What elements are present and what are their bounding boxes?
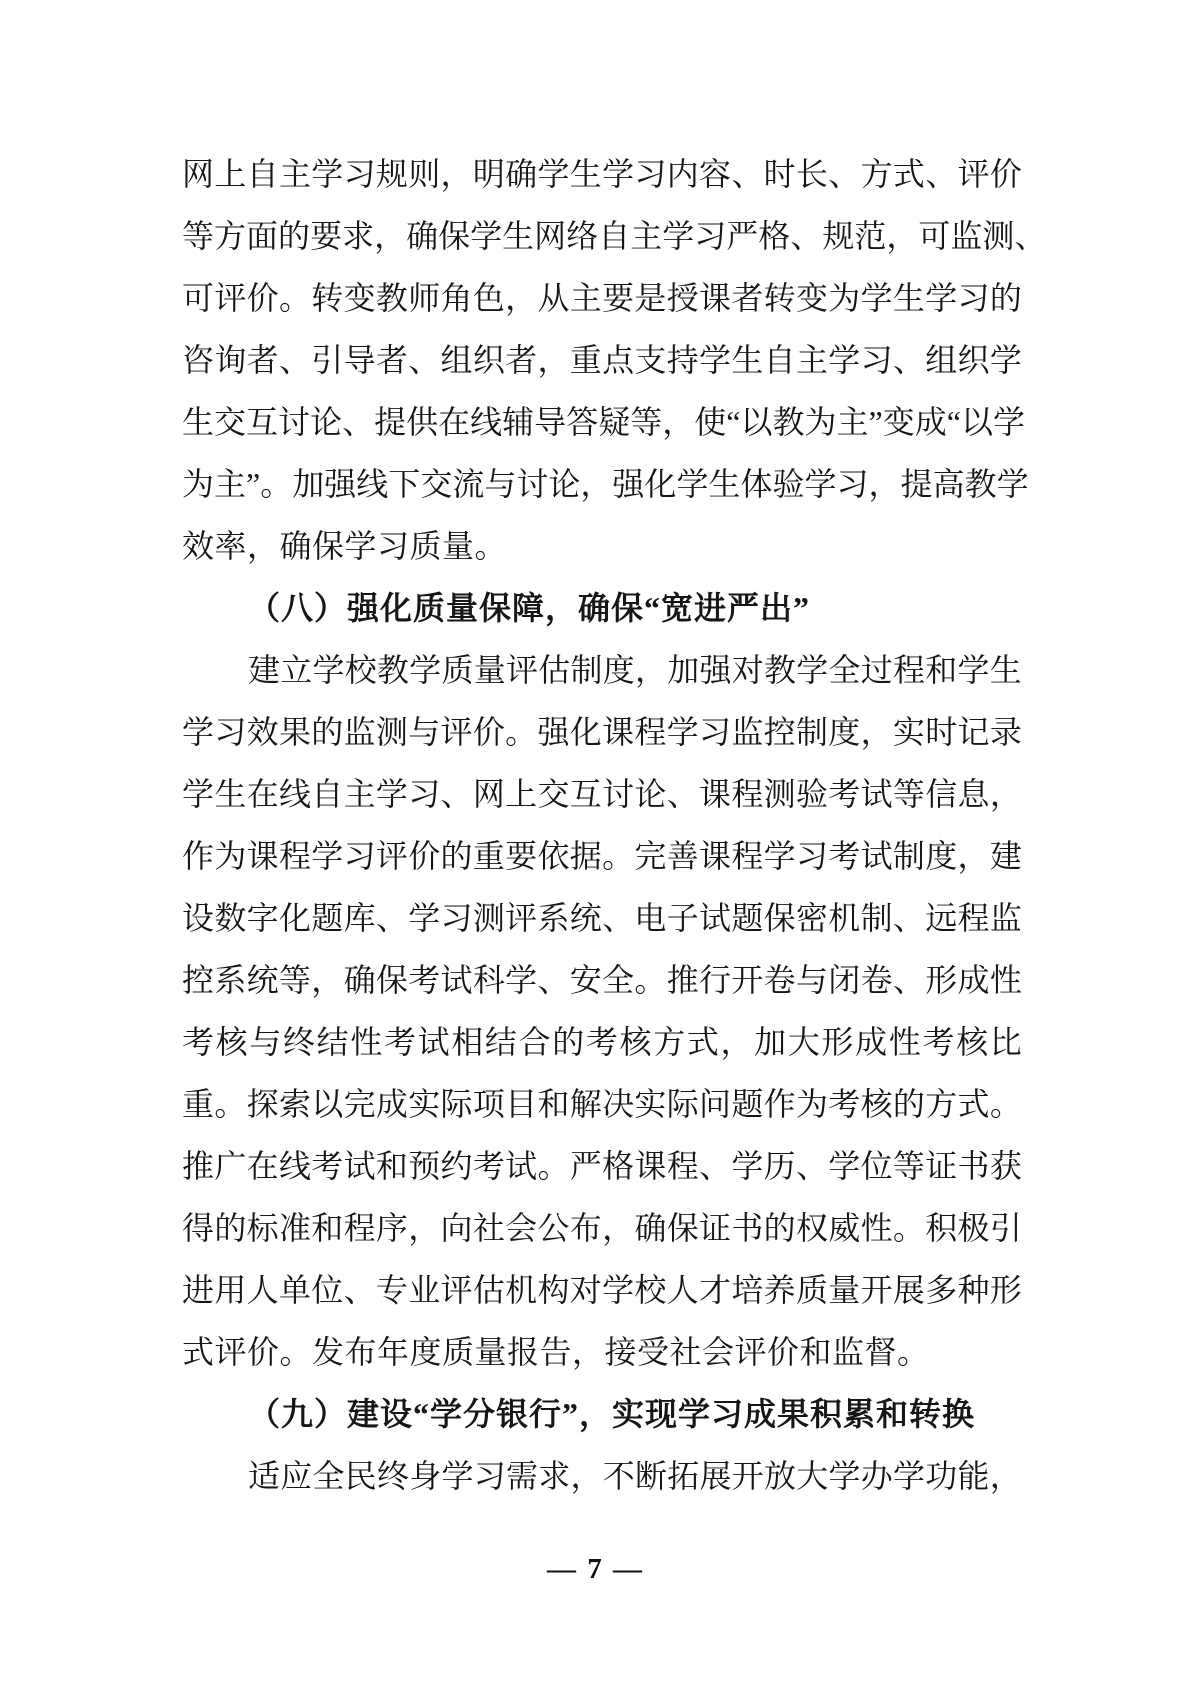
body-line-4: 咨询者、引导者、组织者，重点支持学生自主学习、组织学	[182, 329, 1022, 391]
body-line-1: 网上自主学习规则，明确学生学习内容、时长、方式、评价	[182, 143, 1022, 205]
body-line-13: 控系统等，确保考试科学、安全。推行开卷与闭卷、形成性	[182, 949, 1022, 1011]
page-number: — 7 —	[0, 1549, 1191, 1589]
document-page: 网上自主学习规则，明确学生学习内容、时长、方式、评价 等方面的要求，确保学生网络…	[0, 0, 1191, 1684]
body-line-19: 式评价。发布年度质量报告，接受社会评价和监督。	[182, 1321, 1022, 1383]
body-line-16: 推广在线考试和预约考试。严格课程、学历、学位等证书获	[182, 1135, 1022, 1197]
body-line-6: 为主”。加强线下交流与讨论，强化学生体验学习，提高教学	[182, 453, 1022, 515]
body-line-9: 学习效果的监测与评价。强化课程学习监控制度，实时记录	[182, 701, 1022, 763]
body-line-14: 考核与终结性考试相结合的考核方式，加大形成性考核比	[182, 1011, 1022, 1073]
body-line-8: 建立学校教学质量评估制度，加强对教学全过程和学生	[182, 639, 1022, 701]
body-line-17: 得的标准和程序，向社会公布，确保证书的权威性。积极引	[182, 1197, 1022, 1259]
body-line-2: 等方面的要求，确保学生网络自主学习严格、规范，可监测、	[182, 205, 1022, 267]
body-line-11: 作为课程学习评价的重要依据。完善课程学习考试制度，建	[182, 825, 1022, 887]
body-line-3: 可评价。转变教师角色，从主要是授课者转变为学生学习的	[182, 267, 1022, 329]
body-line-15: 重。探索以完成实际项目和解决实际问题作为考核的方式。	[182, 1073, 1022, 1135]
body-line-18: 进用人单位、专业评估机构对学校人才培养质量开展多种形	[182, 1259, 1022, 1321]
body-line-12: 设数字化题库、学习测评系统、电子试题保密机制、远程监	[182, 887, 1022, 949]
section-heading-9: （九）建设“学分银行”，实现学习成果积累和转换	[182, 1383, 1022, 1445]
section-heading-8: （八）强化质量保障，确保“宽进严出”	[182, 577, 1022, 639]
body-line-5: 生交互讨论、提供在线辅导答疑等，使“以教为主”变成“以学	[182, 391, 1022, 453]
body-line-7: 效率，确保学习质量。	[182, 515, 1022, 577]
body-line-10: 学生在线自主学习、网上交互讨论、课程测验考试等信息，	[182, 763, 1022, 825]
text-block: 网上自主学习规则，明确学生学习内容、时长、方式、评价 等方面的要求，确保学生网络…	[182, 143, 1022, 1507]
body-line-20: 适应全民终身学习需求，不断拓展开放大学办学功能，	[182, 1445, 1022, 1507]
